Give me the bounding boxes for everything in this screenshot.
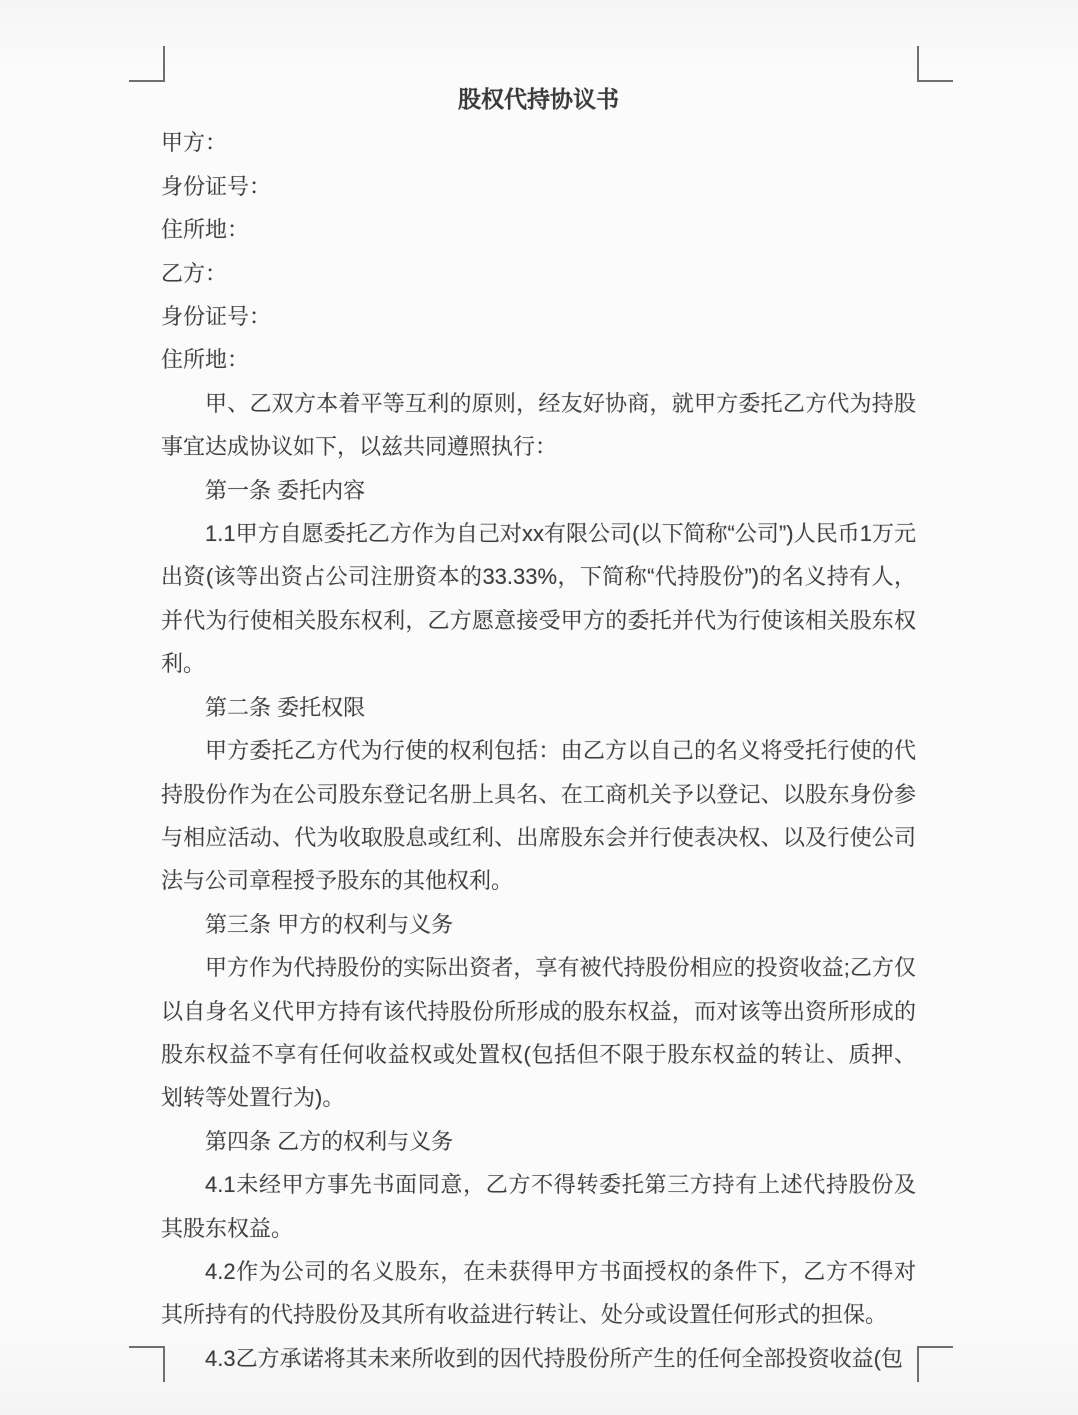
crop-mark-bottom-right: [917, 1346, 953, 1382]
crop-mark-bottom-left: [129, 1346, 165, 1382]
crop-mark-top-right: [917, 46, 953, 82]
clause-4-1-paragraph: 4.1未经甲方事先书面同意，乙方不得转委托第三方持有上述代持股份及其股东权益。: [161, 1163, 916, 1250]
clause-1-1-paragraph: 1.1甲方自愿委托乙方作为自己对xx有限公司(以下简称“公司”)人民币1万元出资…: [161, 512, 916, 686]
crop-mark-top-left: [129, 46, 165, 82]
article-1-heading: 第一条 委托内容: [161, 469, 916, 512]
clause-4-2-paragraph: 4.2作为公司的名义股东，在未获得甲方书面授权的条件下，乙方不得对其所持有的代持…: [161, 1250, 916, 1337]
party-a-address-label: 住所地：: [161, 208, 916, 251]
document-page: 股权代持协议书 甲方： 身份证号： 住所地： 乙方： 身份证号： 住所地： 甲、…: [0, 0, 1078, 1415]
party-a-id-label: 身份证号：: [161, 165, 916, 208]
article-2-heading: 第二条 委托权限: [161, 686, 916, 729]
article-3-heading: 第三条 甲方的权利与义务: [161, 903, 916, 946]
party-b-address-label: 住所地：: [161, 338, 916, 381]
preamble-paragraph: 甲、乙双方本着平等互利的原则，经友好协商，就甲方委托乙方代为持股事宜达成协议如下…: [161, 382, 916, 469]
document-title: 股权代持协议书: [161, 78, 916, 121]
party-b-id-label: 身份证号：: [161, 295, 916, 338]
party-a-label: 甲方：: [161, 121, 916, 164]
clause-4-3-paragraph: 4.3乙方承诺将其未来所收到的因代持股份所产生的任何全部投资收益(包: [161, 1337, 916, 1380]
article-2-paragraph: 甲方委托乙方代为行使的权利包括：由乙方以自己的名义将受托行使的代持股份作为在公司…: [161, 729, 916, 903]
document-content: 股权代持协议书 甲方： 身份证号： 住所地： 乙方： 身份证号： 住所地： 甲、…: [161, 78, 916, 1380]
article-3-paragraph: 甲方作为代持股份的实际出资者，享有被代持股份相应的投资收益;乙方仅以自身名义代甲…: [161, 946, 916, 1120]
article-4-heading: 第四条 乙方的权利与义务: [161, 1120, 916, 1163]
party-b-label: 乙方：: [161, 252, 916, 295]
